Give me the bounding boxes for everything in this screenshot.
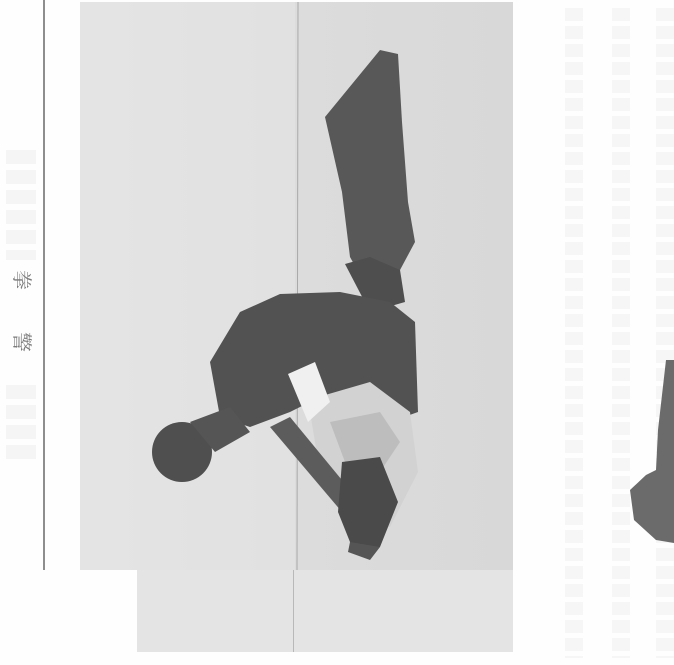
bleed-through-text-column [612,8,630,658]
photo-seam [293,570,294,652]
header-char: 警 [12,332,32,352]
running-header: 拳 警 [10,270,34,352]
photo-lower-extension [137,570,513,652]
bleed-through-header-text [6,385,36,465]
bleed-through-text-column [565,8,583,658]
bleed-through-header-text [6,150,36,260]
photo-drawing [80,2,513,570]
book-page: 拳 警 [0,0,674,665]
bleed-through-text-column [656,8,674,658]
partial-figure-right-edge [626,360,674,545]
header-char: 拳 [12,270,32,290]
photo-two-fighters [80,2,513,570]
header-rule [43,0,45,570]
